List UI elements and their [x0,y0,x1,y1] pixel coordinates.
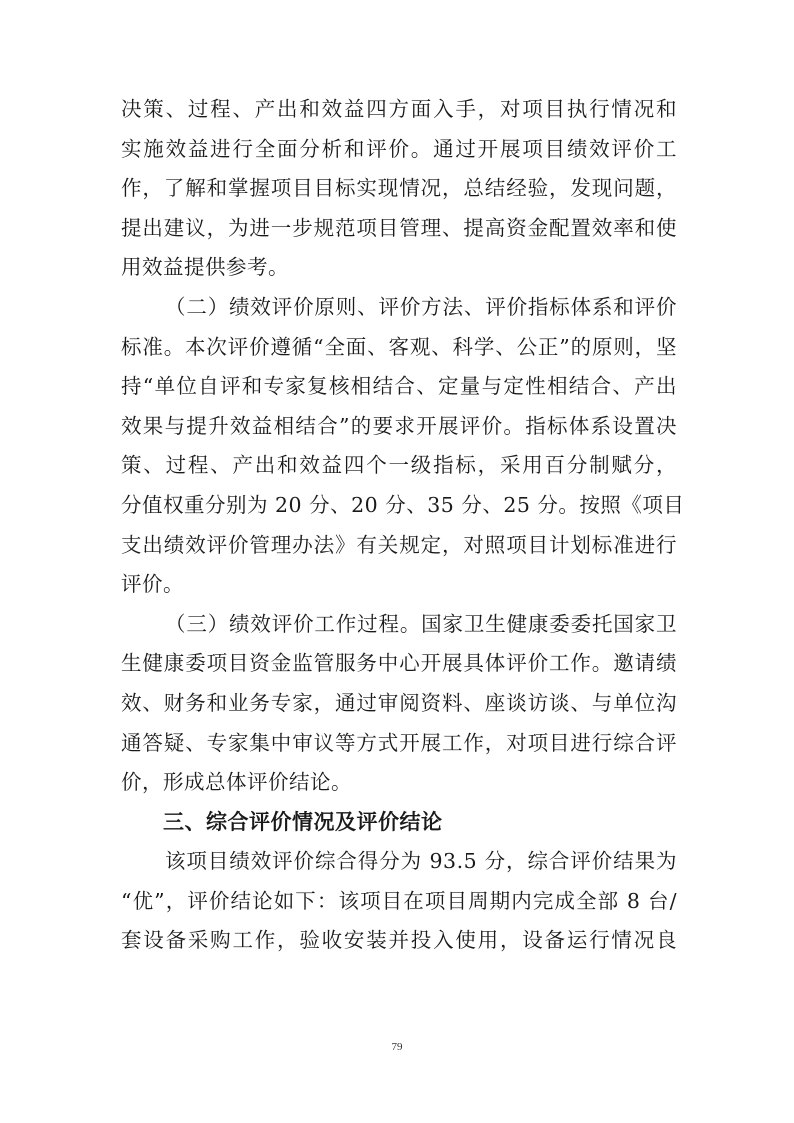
page-number: 79 [0,1041,794,1053]
section-heading: 三、综合评价情况及评价结论 [121,803,677,843]
text-line: 价，形成总体评价结论。 [121,763,677,803]
text-line: “优”，评价结论如下：该项目在项目周期内完成全部 8 台/ [121,882,677,922]
text-line: 提出建议，为进一步规范项目管理、提高资金配置效率和使 [121,209,677,249]
text-line: 作，了解和掌握项目目标实现情况，总结经验，发现问题， [121,169,677,209]
text-line: 效果与提升效益相结合”的要求开展评价。指标体系设置决 [121,407,677,447]
text-line: 通答疑、专家集中审议等方式开展工作，对项目进行综合评 [121,724,677,764]
document-page: 决策、过程、产出和效益四方面入手，对项目执行情况和 实施效益进行全面分析和评价。… [121,90,677,961]
text-line: （三）绩效评价工作过程。国家卫生健康委委托国家卫 [121,605,677,645]
paragraph-purpose: 决策、过程、产出和效益四方面入手，对项目执行情况和 实施效益进行全面分析和评价。… [121,90,677,288]
text-line: （二）绩效评价原则、评价方法、评价指标体系和评价 [121,288,677,328]
paragraph-conclusion: 该项目绩效评价综合得分为 93.5 分，综合评价结果为 “优”，评价结论如下：该… [121,842,677,961]
paragraph-evaluation-process: （三）绩效评价工作过程。国家卫生健康委委托国家卫 生健康委项目资金监管服务中心开… [121,605,677,803]
text-line: 该项目绩效评价综合得分为 93.5 分，综合评价结果为 [121,842,677,882]
text-line: 实施效益进行全面分析和评价。通过开展项目绩效评价工 [121,130,677,170]
text-line: 套设备采购工作，验收安装并投入使用，设备运行情况良 [121,921,677,961]
text-line: 决策、过程、产出和效益四方面入手，对项目执行情况和 [121,90,677,130]
text-line: 生健康委项目资金监管服务中心开展具体评价工作。邀请绩 [121,644,677,684]
text-line: 用效益提供参考。 [121,248,677,288]
text-line: 支出绩效评价管理办法》有关规定，对照项目计划标准进行 [121,526,677,566]
text-line: 评价。 [121,565,677,605]
text-line: 策、过程、产出和效益四个一级指标，采用百分制赋分， [121,446,677,486]
text-line: 效、财务和业务专家，通过审阅资料、座谈访谈、与单位沟 [121,684,677,724]
text-line: 标准。本次评价遵循“全面、客观、科学、公正”的原则，坚 [121,328,677,368]
text-line: 持“单位自评和专家复核相结合、定量与定性相结合、产出 [121,367,677,407]
paragraph-evaluation-principles: （二）绩效评价原则、评价方法、评价指标体系和评价 标准。本次评价遵循“全面、客观… [121,288,677,605]
text-line: 分值权重分别为 20 分、20 分、35 分、25 分。按照《项目 [121,486,677,526]
